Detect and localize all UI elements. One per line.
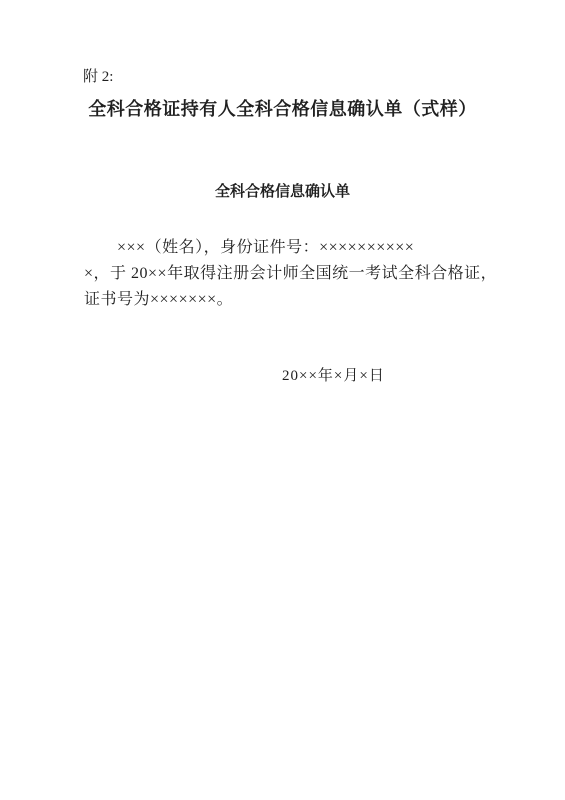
document-title: 全科合格证持有人全科合格信息确认单（式样） bbox=[0, 97, 565, 121]
body-line-3: 证书号为×××××××。 bbox=[84, 287, 484, 313]
body-line-2: ×，于 20××年取得注册会计师全国统一考试全科合格证， bbox=[84, 261, 484, 287]
form-title: 全科合格信息确认单 bbox=[0, 183, 565, 201]
date-line: 20××年×月×日 bbox=[282, 367, 385, 386]
document-page: 附 2: 全科合格证持有人全科合格信息确认单（式样） 全科合格信息确认单 ×××… bbox=[0, 0, 565, 800]
body-paragraph: ×××（姓名），身份证件号：×××××××××× ×，于 20××年取得注册会计… bbox=[84, 235, 484, 313]
attachment-label: 附 2: bbox=[83, 68, 113, 86]
body-line-1: ×××（姓名），身份证件号：×××××××××× bbox=[84, 235, 484, 261]
